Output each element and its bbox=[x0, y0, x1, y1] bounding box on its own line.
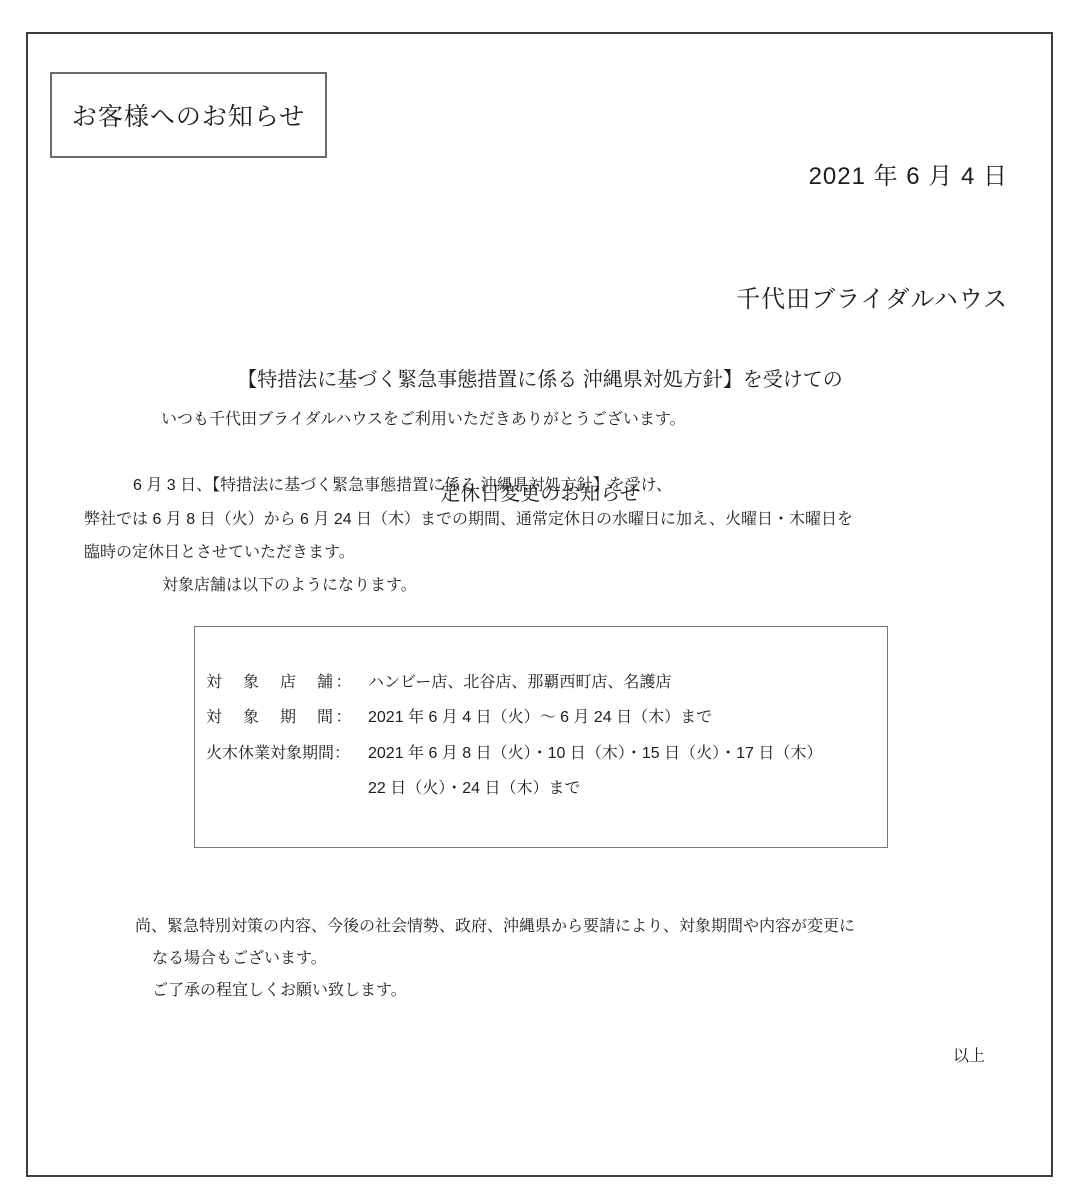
detail-row-closed-days-cont-value: 22 日（火）・24 日（木）まで bbox=[368, 780, 581, 797]
footer-line-3: ご了承の程宜しくお願い致します。 bbox=[152, 980, 407, 1002]
footer-line-2: なる場合もございます。 bbox=[152, 948, 327, 970]
body-line-1: 6 月 3 日、【特措法に基づく緊急事態措置に係る 沖縄県対処方針】を受け、 bbox=[133, 475, 672, 497]
body-line-3: 臨時の定休日とさせていただきます。 bbox=[84, 542, 355, 564]
detail-row-period: 対 象 期 間：2021 年 6 月 4 日（火）～ 6 月 24 日（木）まで bbox=[206, 707, 712, 729]
detail-row-period-value: 2021 年 6 月 4 日（火）～ 6 月 24 日（木）まで bbox=[368, 709, 712, 726]
document-date: 2021 年 6 月 4 日 bbox=[736, 156, 1008, 197]
notice-badge-box: お客様へのお知らせ bbox=[50, 72, 327, 158]
detail-row-stores: 対 象 店 舗：ハンビー店、北谷店、那覇西町店、名護店 bbox=[206, 672, 671, 694]
detail-row-stores-value: ハンビー店、北谷店、那覇西町店、名護店 bbox=[368, 674, 671, 691]
detail-row-closed-days: 火木休業対象期間：2021 年 6 月 8 日（火）・10 日（木）・15 日（… bbox=[206, 743, 822, 765]
notice-badge-label: お客様へのお知らせ bbox=[72, 97, 305, 133]
footer-line-1: 尚、緊急特別対策の内容、今後の社会情勢、政府、沖縄県から要請により、対象期間や内… bbox=[135, 916, 855, 938]
body-line-4: 対象店舗は以下のようになります。 bbox=[162, 575, 417, 597]
detail-row-closed-days-cont: 22 日（火）・24 日（木）まで bbox=[206, 778, 581, 800]
notice-document: お客様へのお知らせ 2021 年 6 月 4 日 千代田ブライダルハウス 【特措… bbox=[0, 0, 1080, 1204]
detail-row-closed-days-value: 2021 年 6 月 8 日（火）・10 日（木）・15 日（火）・17 日（木… bbox=[368, 745, 822, 762]
greeting-text: いつも千代田ブライダルハウスをご利用いただきありがとうございます。 bbox=[161, 409, 686, 431]
detail-row-closed-days-label: 火木休業対象期間： bbox=[206, 743, 354, 765]
document-title-line-1: 【特措法に基づく緊急事態措置に係る 沖縄県対処方針】を受けての bbox=[26, 361, 1054, 399]
detail-row-period-label: 対 象 期 間： bbox=[206, 707, 354, 729]
body-line-2: 弊社では 6 月 8 日（火）から 6 月 24 日（木）までの期間、通常定休日… bbox=[84, 509, 853, 531]
detail-row-stores-label: 対 象 店 舗： bbox=[206, 672, 354, 694]
closing-text: 以上 bbox=[953, 1046, 985, 1068]
detail-box: 対 象 店 舗：ハンビー店、北谷店、那覇西町店、名護店 対 象 期 間：2021… bbox=[194, 626, 888, 848]
